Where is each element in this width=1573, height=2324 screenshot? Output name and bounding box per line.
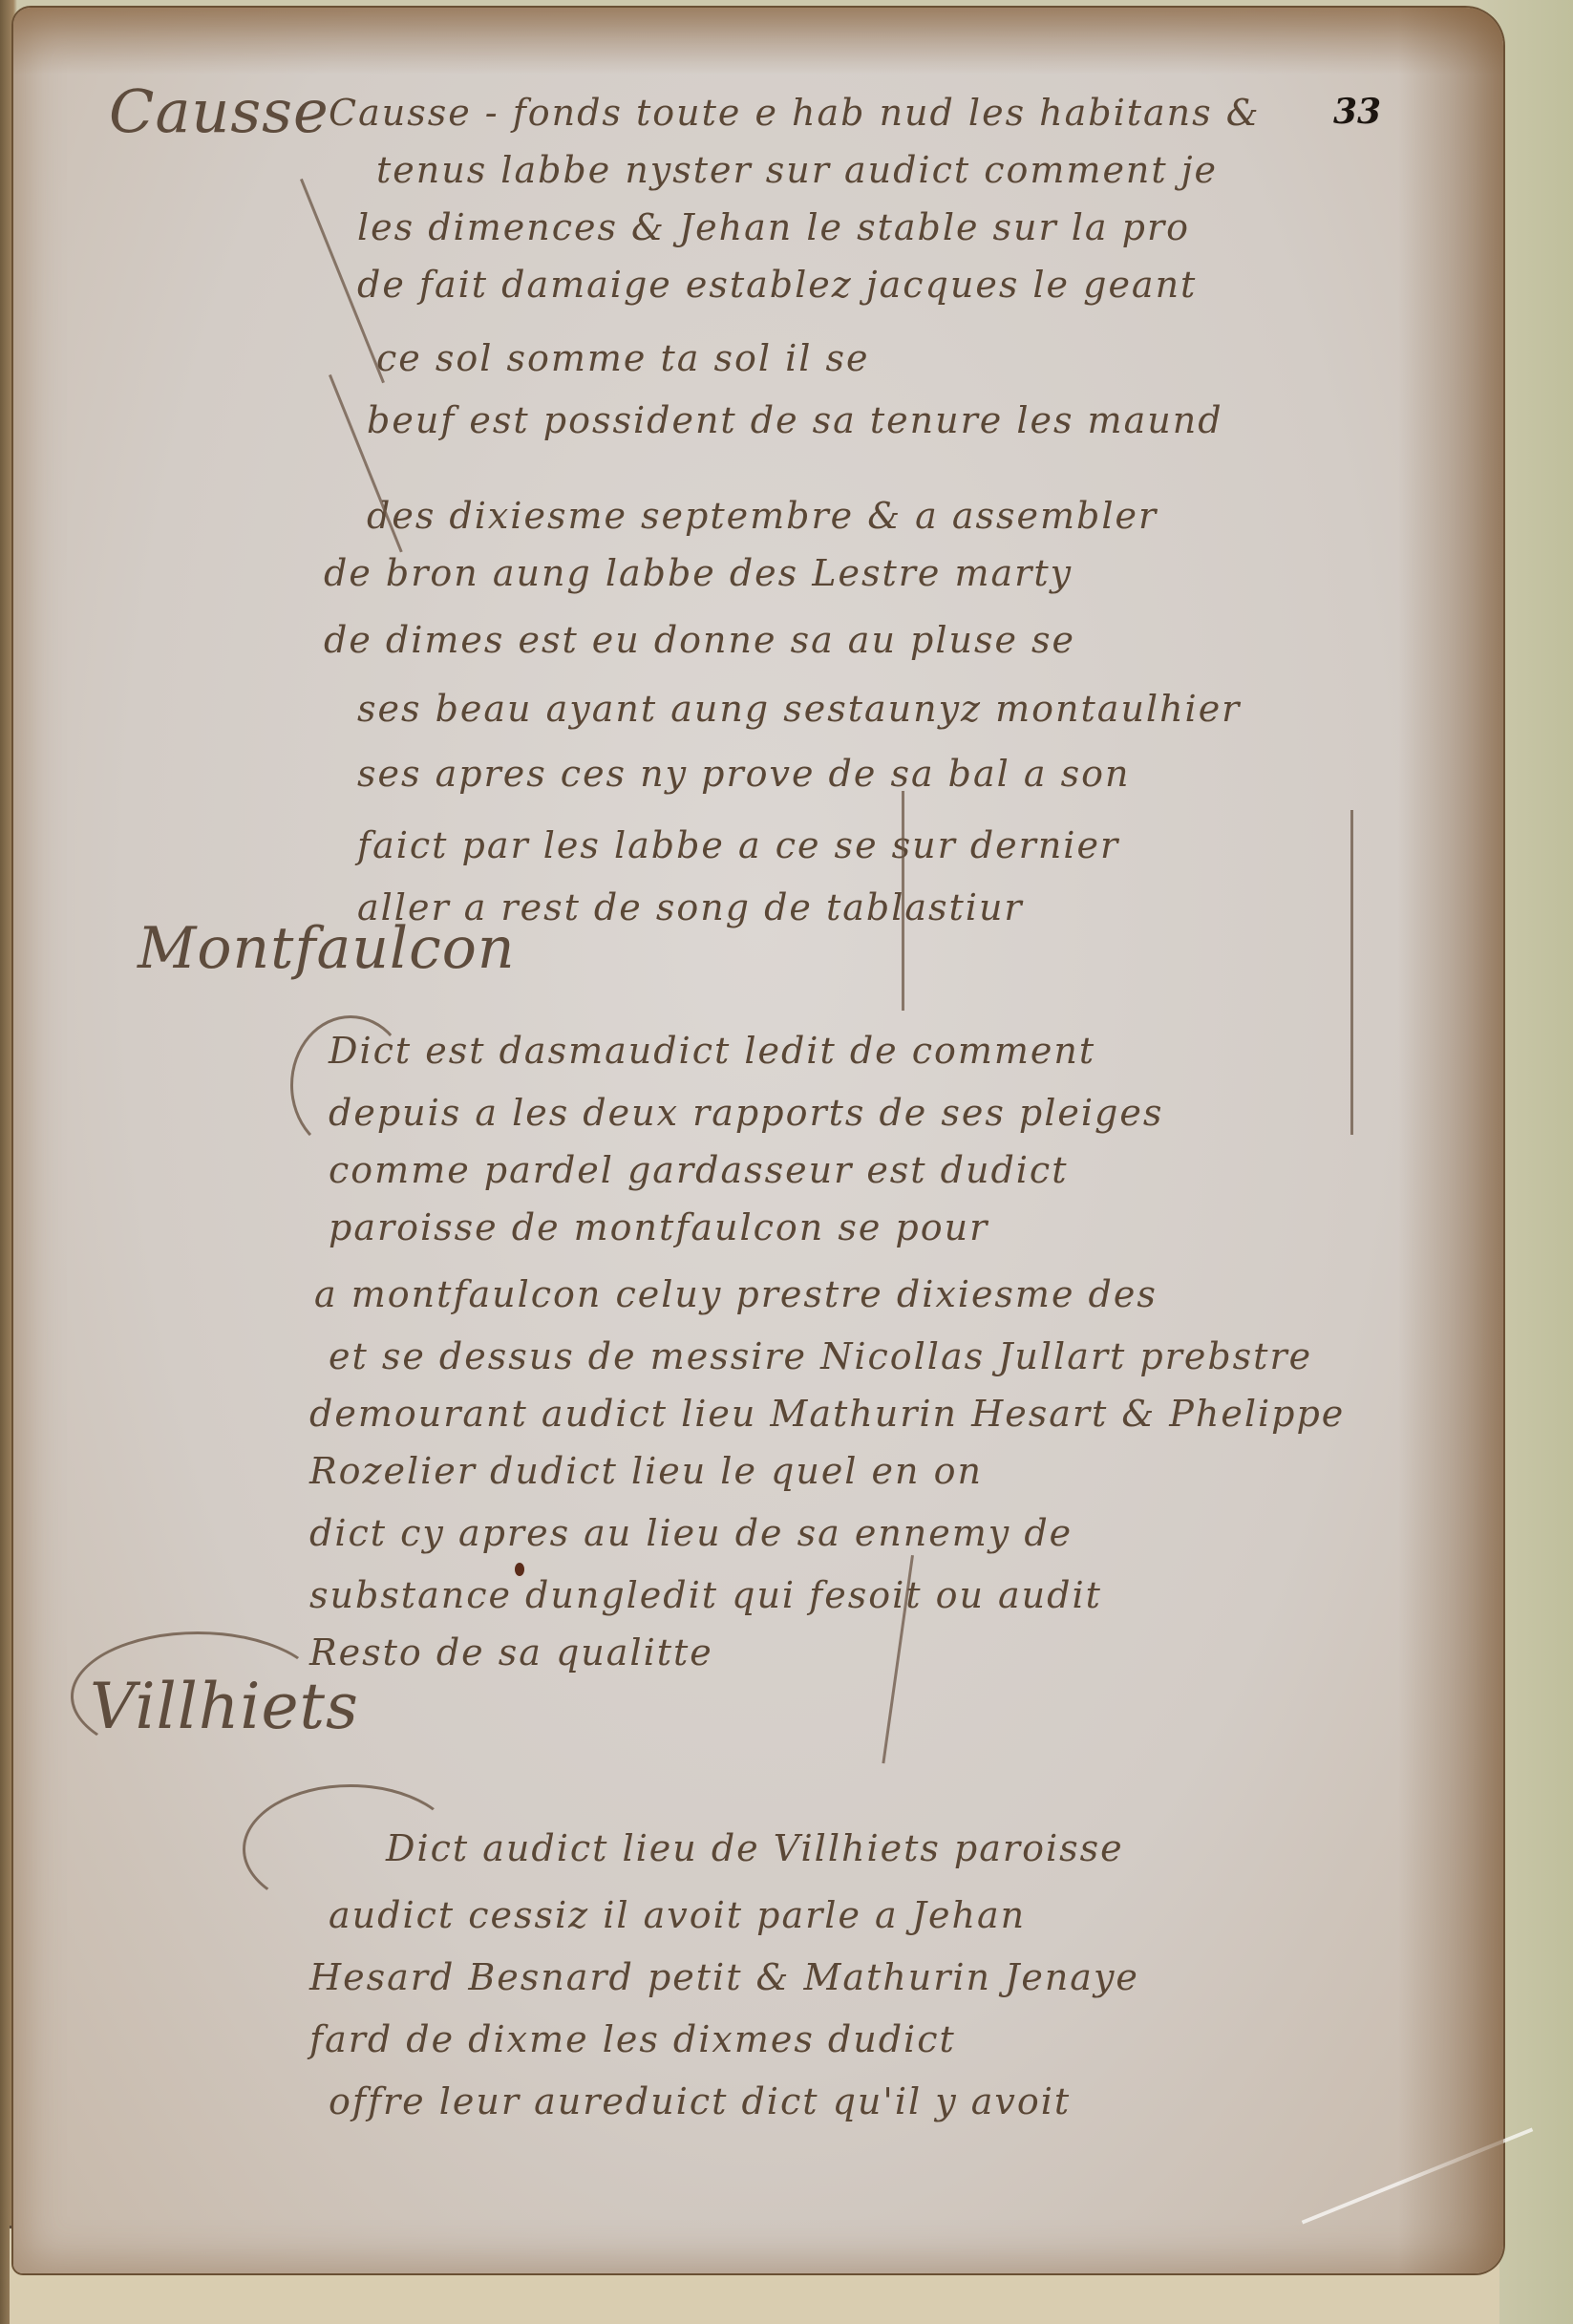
text-line: a montfaulcon celuy prestre dixiesme des: [314, 1273, 1158, 1315]
text-line: audict cessiz il avoit parle a Jehan: [329, 1894, 1026, 1936]
text-line: de fait damaige establez jacques le gean…: [357, 264, 1197, 306]
text-line: substance dungledit qui fesoit ou audit: [309, 1574, 1102, 1616]
text-line: Rozelier dudict lieu le quel en on: [309, 1450, 983, 1492]
text-line: offre leur aureduict dict qu'il y avoit: [329, 2080, 1071, 2122]
folio-number: 33: [1333, 92, 1381, 132]
manuscript-page: 33 Causse Causse - fonds toute e hab nud…: [13, 8, 1503, 2273]
text-line: des dixiesme septembre & a assembler: [367, 495, 1158, 537]
margin-heading-causse: Causse: [109, 76, 329, 146]
margin-heading-montfaulcon: Montfaulcon: [138, 915, 516, 982]
text-line: Hesard Besnard petit & Mathurin Jenaye: [309, 1956, 1139, 1998]
text-line: Resto de sa qualitte: [309, 1631, 713, 1674]
page-crease: [1302, 2127, 1534, 2224]
text-line: comme pardel gardasseur est dudict: [329, 1149, 1069, 1191]
text-line: Dict audict lieu de Villhiets paroisse: [386, 1827, 1124, 1869]
text-line: Causse - fonds toute e hab nud les habit…: [329, 92, 1261, 134]
text-line: dict cy apres au lieu de sa ennemy de: [309, 1512, 1073, 1554]
text-line: paroisse de montfaulcon se pour: [329, 1206, 988, 1248]
pen-stroke: [902, 791, 904, 1011]
initial-flourish: [290, 1015, 411, 1155]
text-line: ce sol somme ta sol il se: [376, 337, 869, 379]
text-line: beuf est possident de sa tenure les maun…: [367, 399, 1223, 441]
text-line: de dimes est eu donne sa au pluse se: [324, 619, 1075, 661]
pen-stroke: [1350, 810, 1353, 1135]
text-line: faict par les labbe a ce se sur dernier: [357, 824, 1119, 866]
text-line: demourant audict lieu Mathurin Hesart & …: [309, 1393, 1345, 1435]
text-line: les dimences & Jehan le stable sur la pr…: [357, 206, 1190, 248]
text-line: ses apres ces ny prove de sa bal a son: [357, 753, 1131, 795]
text-line: depuis a les deux rapports de ses pleige…: [329, 1092, 1163, 1134]
text-line: ses beau ayant aung sestaunyz montaulhie…: [357, 688, 1241, 730]
ink-blot: [515, 1563, 524, 1576]
text-line: et se dessus de messire Nicollas Jullart…: [329, 1335, 1312, 1377]
text-line: fard de dixme les dixmes dudict: [309, 2018, 956, 2060]
text-line: tenus labbe nyster sur audict comment je: [376, 149, 1218, 191]
initial-flourish: [71, 1631, 325, 1761]
initial-flourish: [243, 1784, 458, 1914]
text-line: Dict est dasmaudict ledit de comment: [329, 1030, 1095, 1072]
text-line: de bron aung labbe des Lestre marty: [324, 552, 1073, 594]
